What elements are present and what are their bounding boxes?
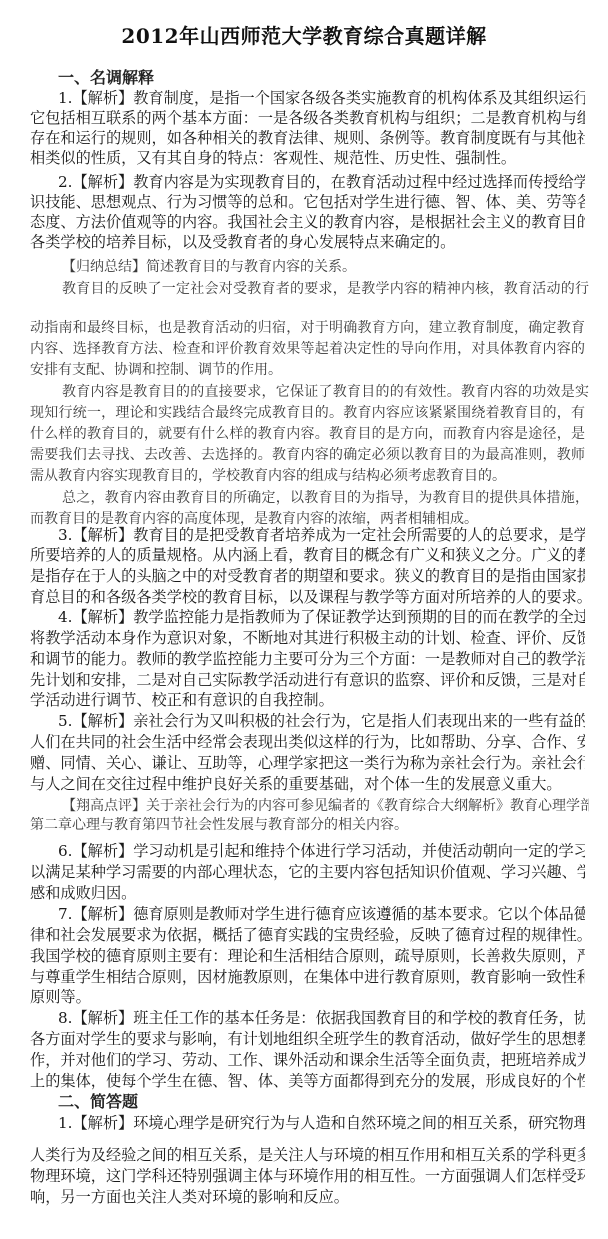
text-line: 响，另一方面也关注人类对环境的影响和反应。	[30, 1187, 585, 1207]
text-line: 原则等。	[30, 987, 585, 1007]
text-line: 上的集体，使每个学生在德、智、体、美等方面都得到充分的发展，形成良好的个性。	[30, 1071, 585, 1091]
text-line: 学活动进行调节、校正和有意识的自我控制。	[30, 690, 585, 710]
text-line: 5.【解析】亲社会行为又叫积极的社会行为，它是指人们表现出来的一些有益的行为。	[58, 711, 585, 731]
text-line: 安排有支配、协调和控制、调节的作用。	[30, 360, 585, 380]
text-line: 与人之间在交往过程中维护良好关系的重要基础，对个体一生的发展意义重大。	[30, 774, 585, 794]
text-line: 7.【解析】德育原则是教师对学生进行德育应该遵循的基本要求。它以个体品德发展规	[58, 904, 585, 924]
text-line: 感和成败归因。	[30, 883, 585, 903]
text-line: 将教学活动本身作为意识对象，不断地对其进行积极主动的计划、检查、评价、反馈、控制	[30, 628, 585, 648]
text-line: 1.【解析】教育制度，是指一个国家各级各类实施教育的机构体系及其组织运行的规则。	[58, 88, 585, 108]
text-line: 【翔高点评】关于亲社会行为的内容可参见编者的《教育综合大纲解析》教育心理学部分	[62, 796, 589, 816]
text-line: 各类学校的培养目标，以及受教育者的身心发展特点来确定的。	[30, 232, 585, 252]
text-line: 需要我们去寻找、去改善、去选择的。教育内容的确定必须以教育目的为最高准则，教师	[30, 445, 585, 465]
text-line: 教育内容是教育目的的直接要求，它保证了教育目的的有效性。教育内容的功效是实	[62, 382, 589, 402]
text-line: 3.【解析】教育目的是把受教育者培养成为一定社会所需要的人的总要求，是学校教育	[58, 525, 585, 545]
text-line: 现知行统一，理论和实践结合最终完成教育目的。教育内容应该紧紧围绕着教育目的，有	[30, 403, 585, 423]
text-line: 1.【解析】环境心理学是研究行为与人造和自然环境之间的相互关系，研究物理环境和	[58, 1113, 585, 1133]
text-line: 物理环境，这门学科还特别强调主体与环境作用的相互性。一方面强调人们怎样受环境影	[30, 1166, 585, 1186]
text-line: 总之，教育内容由教育目的所确定，以教育目的为指导，为教育目的提供具体措施，	[62, 488, 589, 508]
text-line: 作，并对他们的学习、劳动、工作、课外活动和课余生活等全面负责，把班培养成为积极向	[30, 1050, 585, 1070]
text-line: 【归纳总结】简述教育目的与教育内容的关系。	[62, 257, 589, 277]
text-line: 存在和运行的规则，如各种相关的教育法律、规则、条例等。教育制度既有与其他社会制度	[30, 128, 585, 148]
text-line: 需从教育内容实现教育目的，学校教育内容的组成与结构必须考虑教育目的。	[30, 466, 585, 486]
text-line: 动指南和最终目标，也是教育活动的归宿，对于明确教育方向，建立教育制度，确定教育	[30, 318, 585, 338]
text-line: 内容、选择教育方法、检查和评价教育效果等起着决定性的导向作用，对具体教育内容的	[30, 339, 585, 359]
text-line: 所要培养的人的质量规格。从内涵上看，教育目的概念有广义和狭义之分。广义的教育目的	[30, 545, 585, 565]
text-line: 与尊重学生相结合原则，因材施教原则，在集体中进行教育原则，教育影响一致性和连贯性	[30, 967, 585, 987]
page-title: 2012年山西师范大学教育综合真题详解	[0, 20, 608, 49]
text-line: 8.【解析】班主任工作的基本任务是：依据我国教育目的和学校的教育任务，协调来自	[58, 1008, 585, 1028]
text-line: 我国学校的德育原则主要有：理论和生活相结合原则，疏导原则，长善救失原则，严格要求	[30, 946, 585, 966]
text-line: 教育目的反映了一定社会对受教育者的要求，是教学内容的精神内核，教育活动的行	[62, 279, 589, 299]
text-line: 以满足某种学习需要的内部心理状态，它的主要内容包括知识价值观、学习兴趣、学习效能	[30, 862, 585, 882]
text-line: 人们在共同的社会生活中经常会表现出类似这样的行为，比如帮助、分享、合作、安慰、捐	[30, 732, 585, 752]
text-line: 第二章心理与教育第四节社会性发展与教育部分的相关内容。	[30, 815, 585, 835]
text-line: 什么样的教育目的，就要有什么样的教育内容。教育目的是方向，而教育内容是途径，是	[30, 424, 585, 444]
text-line: 各方面对学生的要求与影响，有计划地组织全班学生的教育活动，做好学生的思想教育工	[30, 1029, 585, 1049]
text-line: 育总目的和各级各类学校的教育目标，以及课程与教学等方面对所培养的人的要求。	[30, 587, 585, 607]
text-line: 它包括相互联系的两个基本方面：一是各级各类教育机构与组织；二是教育机构与组织赖以	[30, 108, 585, 128]
text-line: 先计划和安排，二是对自己实际教学活动进行有意识的监察、评价和反馈，三是对自己的教	[30, 670, 585, 690]
text-line: 6.【解析】学习动机是引起和维持个体进行学习活动，并使活动朝向一定的学习目标，	[58, 841, 585, 861]
text-line: 和调节的能力。教师的教学监控能力主要可分为三个方面：一是教师对自己的教学活动的预	[30, 649, 585, 669]
text-line: 人类行为及经验之间的相互关系，是关注人与环境的相互作用和相互关系的学科更多地强调	[30, 1145, 585, 1165]
text-line: 相类似的性质，又有其自身的特点：客观性、规范性、历史性、强制性。	[30, 148, 585, 168]
text-line: 律和社会发展要求为依据，概括了德育实践的宝贵经验，反映了德育过程的规律性。现阶段	[30, 925, 585, 945]
text-line: 是指存在于人的头脑之中的对受教育者的期望和要求。狭义的教育目的是指由国家提出的教	[30, 566, 585, 586]
section-heading-short-answer: 二、简答题	[58, 1092, 138, 1112]
text-line: 2.【解析】教育内容是为实现教育目的，在教育活动过程中经过选择而传授给学生的知	[58, 172, 585, 192]
text-line: 识技能、思想观点、行为习惯等的总和。它包括对学生进行德、智、体、美、劳等各育以及	[30, 192, 585, 212]
text-line: 赠、同情、关心、谦让、互助等，心理学家把这一类行为称为亲社会行为。亲社会行为是人	[30, 753, 585, 773]
text-line: 4.【解析】教学监控能力是指教师为了保证教学达到预期的目的而在教学的全过程中，	[58, 607, 585, 627]
section-heading-terms: 一、名调解释	[58, 68, 154, 88]
text-line: 态度、方法价值观等的内容。我国社会主义的教育内容，是根据社会主义的教育目的和各级	[30, 212, 585, 232]
